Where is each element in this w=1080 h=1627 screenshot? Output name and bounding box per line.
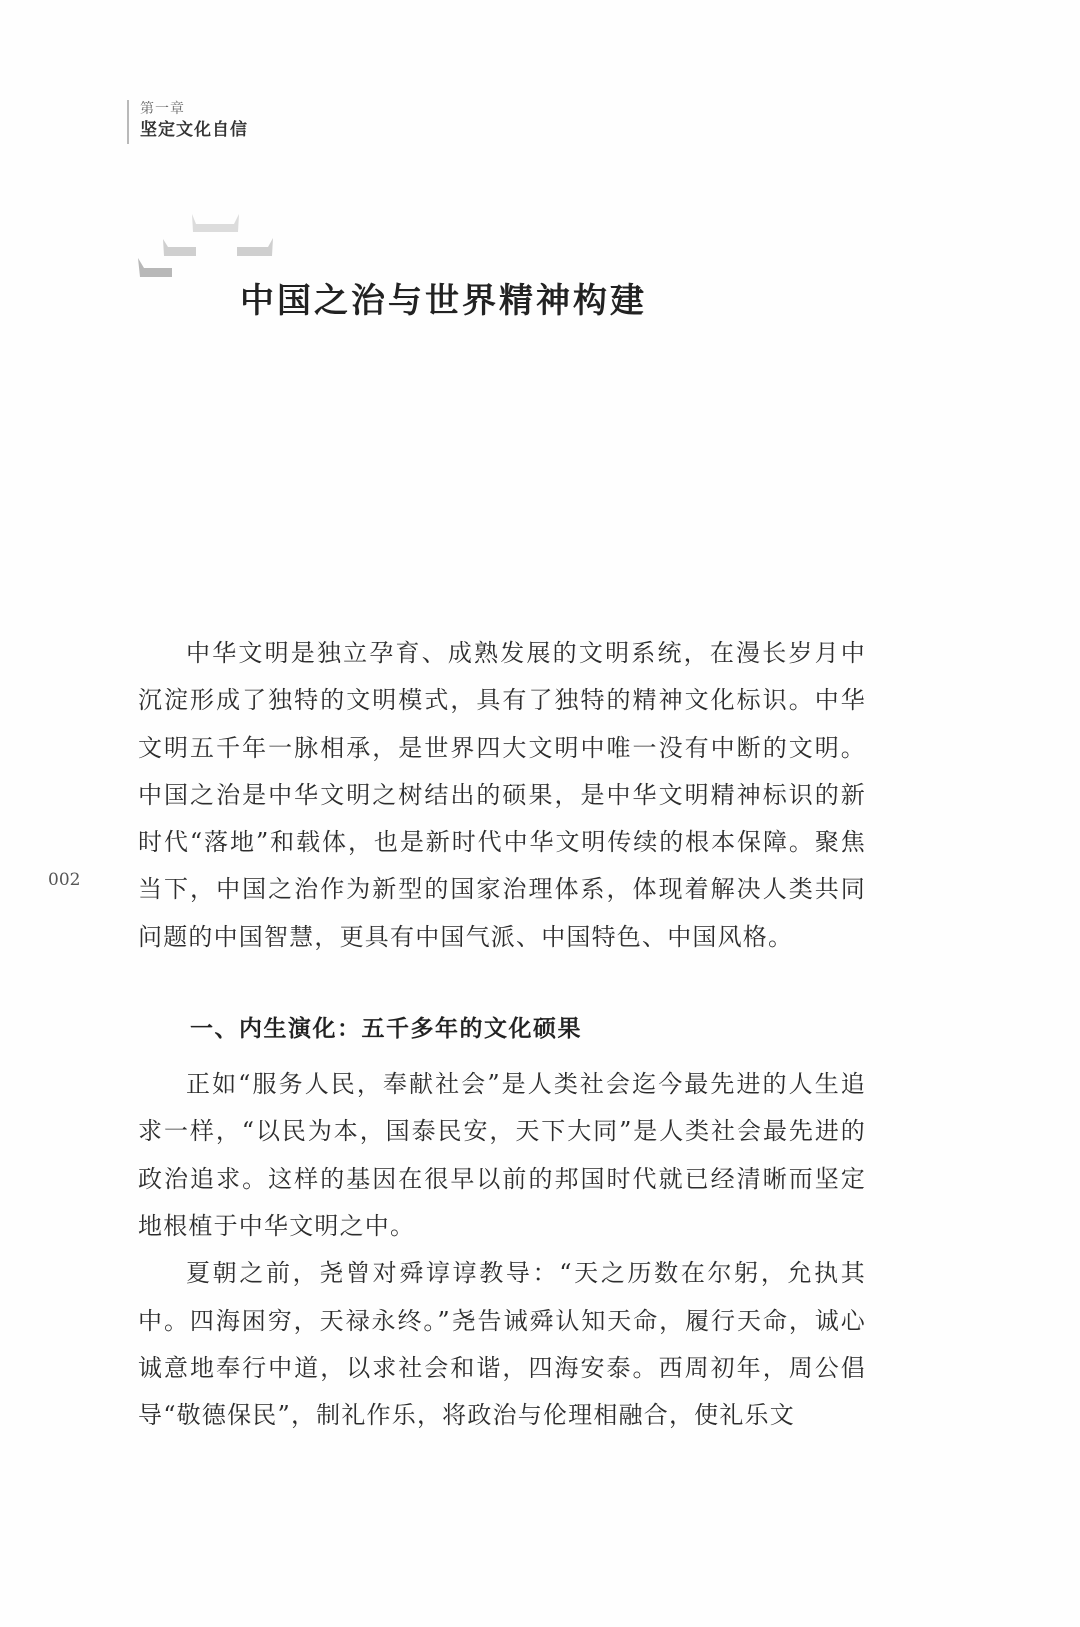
chapter-title: 坚定文化自信: [140, 118, 248, 142]
article-body: 中华文明是独立孕育、成熟发展的文明系统，在漫长岁月中沉淀形成了独特的文明模式，具…: [138, 630, 866, 1439]
roof-eaves-icon: [138, 214, 278, 284]
running-head: 第一章 坚定文化自信: [127, 100, 248, 144]
chapter-number: 第一章: [140, 100, 248, 118]
article-title: 中国之治与世界精神构建: [240, 278, 647, 324]
body-paragraph: 正如“服务人民，奉献社会”是人类社会迄今最先进的人生追求一样，“以民为本，国泰民…: [138, 1061, 866, 1250]
intro-paragraph: 中华文明是独立孕育、成熟发展的文明系统，在漫长岁月中沉淀形成了独特的文明模式，具…: [138, 630, 866, 961]
page-number: 002: [48, 870, 80, 890]
body-paragraph: 夏朝之前，尧曾对舜谆谆教导：“天之历数在尔躬，允执其中。四海困穷，天禄永终。”尧…: [138, 1250, 866, 1439]
section-heading: 一、内生演化：五千多年的文化硕果: [138, 1005, 866, 1053]
